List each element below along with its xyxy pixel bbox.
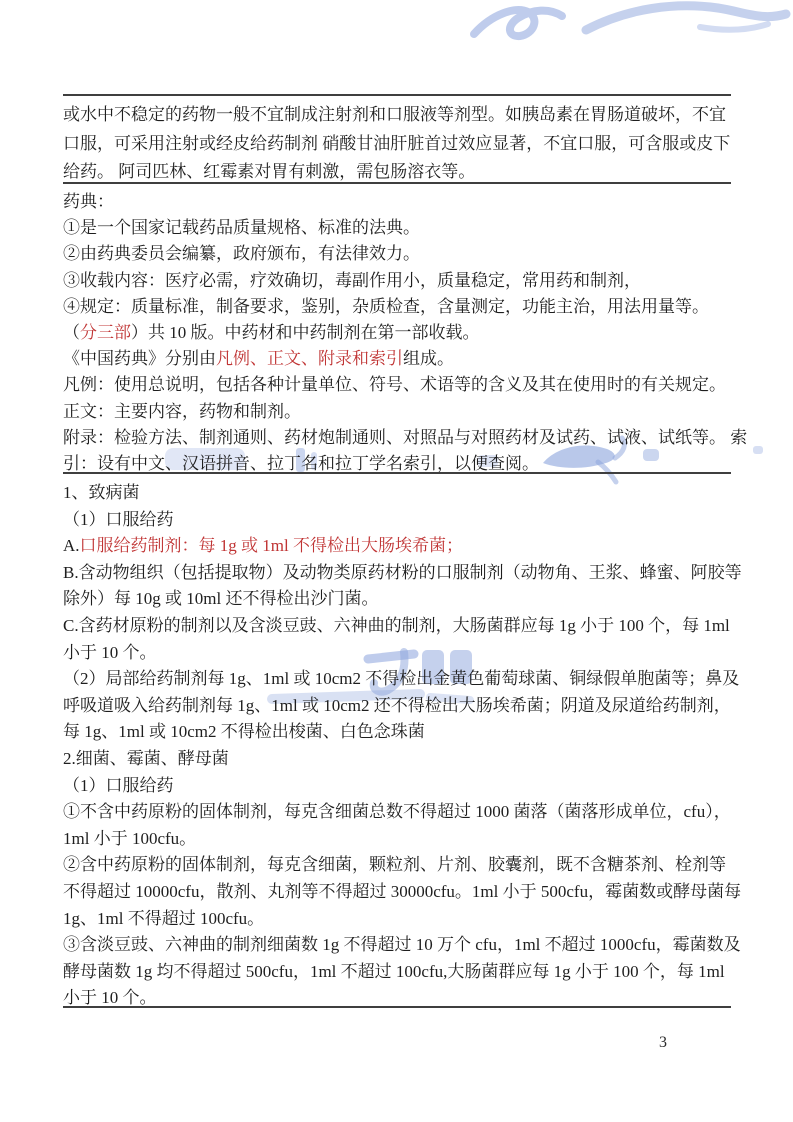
body-text: 附录：检验方法、制剂通则、药材炮制通则、对照品与对照药材及试药、试液、试纸等。 … — [63, 428, 747, 447]
highlighted-text: 凡例、正文、附录和索引 — [216, 349, 403, 368]
text-line: 正文：主要内容，药物和制剂。 — [63, 399, 741, 425]
body-text: 口服，可采用注射或经皮给药制剂 硝酸甘油肝脏首过效应显著，不宜口服，可含服或皮下 — [63, 134, 730, 153]
section-microbial-limits: 1、致病菌（1）口服给药A.口服给药制剂：每 1g 或 1ml 不得检出大肠埃希… — [63, 480, 741, 1012]
body-text: 1g、1ml 不得超过 100cfu。 — [63, 909, 264, 928]
text-line: 药典： — [63, 189, 741, 215]
body-text: 或水中不稳定的药物一般不宜制成注射剂和口服液等剂型。如胰岛素在胃肠道破坏，不宜 — [63, 105, 726, 124]
text-line: 或水中不稳定的药物一般不宜制成注射剂和口服液等剂型。如胰岛素在胃肠道破坏，不宜 — [63, 101, 741, 130]
body-text: 正文：主要内容，药物和制剂。 — [63, 402, 301, 421]
body-text: ③含淡豆豉、六神曲的制剂细菌数 1g 不得超过 10 万个 cfu，1ml 不超… — [63, 935, 741, 954]
text-line: 呼吸道吸入给药制剂每 1g、1ml 或 10cm2 还不得检出大肠埃希菌；阴道及… — [63, 693, 741, 720]
text-line: （分三部）共 10 版。中药材和中药制剂在第一部收载。 — [63, 320, 741, 346]
text-line: 1、致病菌 — [63, 480, 741, 507]
text-line: （2）局部给药制剂每 1g、1ml 或 10cm2 不得检出金黄色葡萄球菌、铜绿… — [63, 666, 741, 693]
body-text: 药典： — [63, 192, 114, 211]
text-line: ②由药典委员会编纂，政府颁布，有法律效力。 — [63, 241, 741, 267]
body-text: A. — [63, 536, 80, 555]
text-line: 每 1g、1ml 或 10cm2 不得检出梭菌、白色念珠菌 — [63, 719, 741, 746]
highlighted-text: 口服给药制剂：每 1g 或 1ml 不得检出大肠埃希菌； — [80, 536, 463, 555]
text-line: 除外）每 10g 或 10ml 还不得检出沙门菌。 — [63, 586, 741, 613]
body-text: ②由药典委员会编纂，政府颁布，有法律效力。 — [63, 244, 420, 263]
body-text: （2）局部给药制剂每 1g、1ml 或 10cm2 不得检出金黄色葡萄球菌、铜绿… — [63, 669, 739, 688]
text-line: 不得超过 10000cfu，散剂、丸剂等不得超过 30000cfu。1ml 小于… — [63, 879, 741, 906]
page-number: 3 — [659, 1034, 667, 1052]
body-text: 小于 10 个。 — [63, 643, 157, 662]
body-text: 1、致病菌 — [63, 483, 140, 502]
text-line: （1）口服给药 — [63, 507, 741, 534]
body-text: ④规定：质量标准，制备要求，鉴别，杂质检查，含量测定，功能主治，用法用量等。 — [63, 297, 709, 316]
text-line: 1g、1ml 不得超过 100cfu。 — [63, 906, 741, 933]
body-text: 不得超过 10000cfu，散剂、丸剂等不得超过 30000cfu。1ml 小于… — [63, 882, 741, 901]
body-text: （ — [63, 323, 80, 342]
text-line: ②含中药原粉的固体制剂，每克含细菌，颗粒剂、片剂、胶囊剂，既不含糖茶剂、栓剂等 — [63, 852, 741, 879]
divider-top — [63, 94, 731, 96]
text-line: 凡例：使用总说明，包括各种计量单位、符号、术语等的含义及其在使用时的有关规定。 — [63, 372, 741, 398]
body-text: 给药。 阿司匹林、红霉素对胃有刺激，需包肠溶衣等。 — [63, 162, 475, 181]
body-text: 2.细菌、霉菌、酵母菌 — [63, 749, 229, 768]
body-text: 酵母菌数 1g 均不得超过 500cfu，1ml 不超过 100cfu,大肠菌群… — [63, 962, 725, 981]
text-line: ④规定：质量标准，制备要求，鉴别，杂质检查，含量测定，功能主治，用法用量等。 — [63, 294, 741, 320]
divider-bottom — [63, 1006, 731, 1008]
text-line: 《中国药典》分别由凡例、正文、附录和索引组成。 — [63, 346, 741, 372]
divider-after-pharmacopoeia — [63, 472, 731, 474]
text-line: B.含动物组织（包括提取物）及动物类原药材粉的口服制剂（动物角、王浆、蜂蜜、阿胶… — [63, 560, 741, 587]
body-text: 小于 10 个。 — [63, 988, 157, 1007]
text-line: 2.细菌、霉菌、酵母菌 — [63, 746, 741, 773]
body-text: 呼吸道吸入给药制剂每 1g、1ml 或 10cm2 还不得检出大肠埃希菌；阴道及… — [63, 696, 731, 715]
text-line: （1）口服给药 — [63, 773, 741, 800]
text-line: ①不含中药原粉的固体制剂，每克含细菌总数不得超过 1000 菌落（菌落形成单位，… — [63, 799, 741, 826]
text-line: 附录：检验方法、制剂通则、药材炮制通则、对照品与对照药材及试药、试液、试纸等。 … — [63, 425, 741, 451]
text-line: 酵母菌数 1g 均不得超过 500cfu，1ml 不超过 100cfu,大肠菌群… — [63, 959, 741, 986]
body-text: 凡例：使用总说明，包括各种计量单位、符号、术语等的含义及其在使用时的有关规定。 — [63, 375, 726, 394]
text-line: ③含淡豆豉、六神曲的制剂细菌数 1g 不得超过 10 万个 cfu，1ml 不超… — [63, 932, 741, 959]
body-text: ①是一个国家记载药品质量规格、标准的法典。 — [63, 218, 420, 237]
text-line: ③收载内容：医疗必需，疗效确切，毒副作用小，质量稳定，常用药和制剂， — [63, 268, 741, 294]
text-line: 1ml 小于 100cfu。 — [63, 826, 741, 853]
text-line: ①是一个国家记载药品质量规格、标准的法典。 — [63, 215, 741, 241]
document-page: 或水中不稳定的药物一般不宜制成注射剂和口服液等剂型。如胰岛素在胃肠道破坏，不宜口… — [0, 0, 793, 1122]
body-text: 引：设有中文、汉语拼音、拉丁名和拉丁学名索引，以便查阅。 — [63, 454, 539, 473]
text-line: C.含药材原粉的制剂以及含淡豆豉、六神曲的制剂，大肠菌群应每 1g 小于 100… — [63, 613, 741, 640]
divider-after-intro — [63, 182, 731, 184]
highlighted-text: 分三部 — [80, 323, 131, 342]
body-text: 组成。 — [403, 349, 454, 368]
body-text: 《中国药典》分别由 — [63, 349, 216, 368]
body-text: （1）口服给药 — [63, 510, 174, 529]
body-text: （1）口服给药 — [63, 776, 174, 795]
body-text: 每 1g、1ml 或 10cm2 不得检出梭菌、白色念珠菌 — [63, 722, 425, 741]
section-pharmacopoeia: 药典：①是一个国家记载药品质量规格、标准的法典。②由药典委员会编纂，政府颁布，有… — [63, 189, 741, 477]
body-text: ③收载内容：医疗必需，疗效确切，毒副作用小，质量稳定，常用药和制剂， — [63, 271, 641, 290]
body-text: ）共 10 版。中药材和中药制剂在第一部收载。 — [131, 323, 480, 342]
body-text: ①不含中药原粉的固体制剂，每克含细菌总数不得超过 1000 菌落（菌落形成单位，… — [63, 802, 731, 821]
text-line: 小于 10 个。 — [63, 640, 741, 667]
body-text: 1ml 小于 100cfu。 — [63, 829, 196, 848]
body-text: 除外）每 10g 或 10ml 还不得检出沙门菌。 — [63, 589, 378, 608]
body-text: B.含动物组织（包括提取物）及动物类原药材粉的口服制剂（动物角、王浆、蜂蜜、阿胶… — [63, 563, 742, 582]
body-text: C.含药材原粉的制剂以及含淡豆豉、六神曲的制剂，大肠菌群应每 1g 小于 100… — [63, 616, 730, 635]
text-line: 口服，可采用注射或经皮给药制剂 硝酸甘油肝脏首过效应显著，不宜口服，可含服或皮下 — [63, 130, 741, 159]
text-line: A.口服给药制剂：每 1g 或 1ml 不得检出大肠埃希菌； — [63, 533, 741, 560]
body-text: ②含中药原粉的固体制剂，每克含细菌，颗粒剂、片剂、胶囊剂，既不含糖茶剂、栓剂等 — [63, 855, 726, 874]
section-dosage-forms-note: 或水中不稳定的药物一般不宜制成注射剂和口服液等剂型。如胰岛素在胃肠道破坏，不宜口… — [63, 101, 741, 187]
